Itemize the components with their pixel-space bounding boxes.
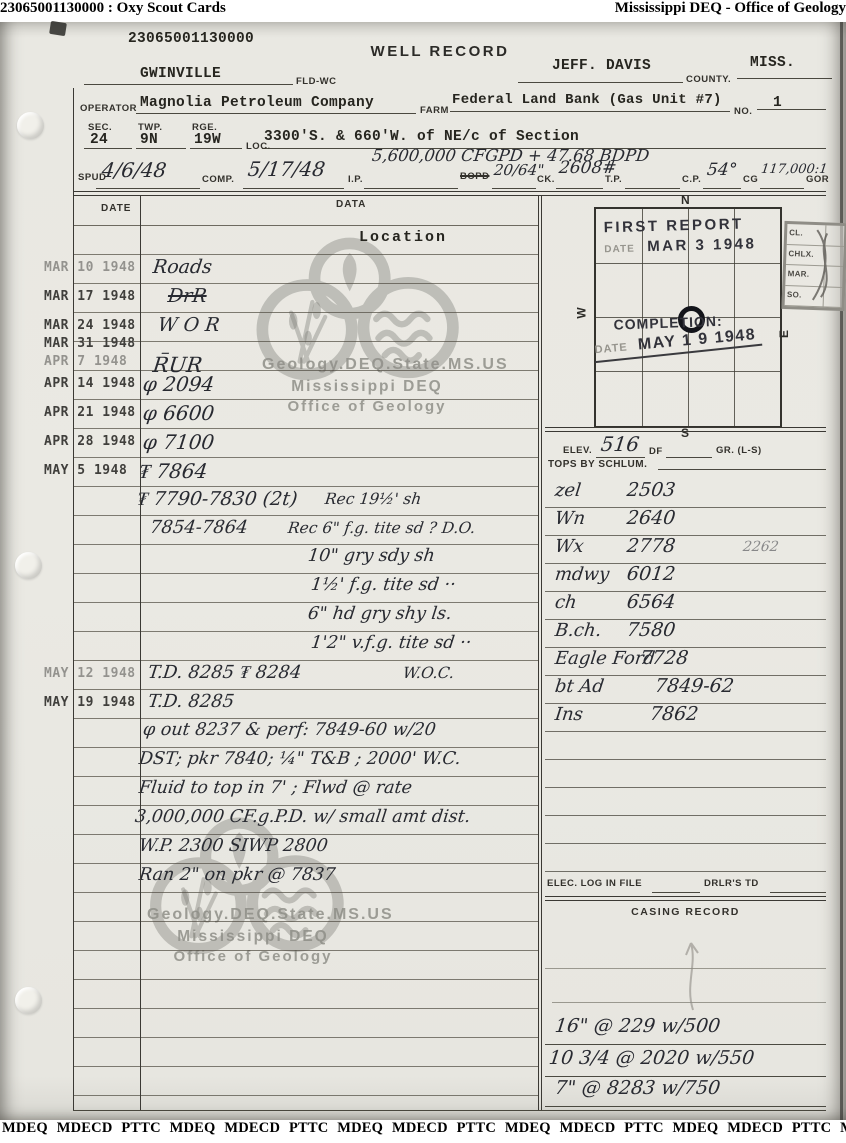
casing-record-title: CASING RECORD — [545, 906, 826, 918]
received-stamp-grid: CL. CHLX. MAR. SO. — [781, 221, 846, 311]
log-section-title: Location — [328, 229, 478, 246]
rule-line — [757, 109, 826, 110]
rule-line — [625, 188, 680, 189]
log-row: Ran 2" on pkr @ 7837 — [73, 863, 538, 893]
formation-name: mdwy — [554, 564, 611, 585]
first-report-date-label: DATE — [604, 243, 635, 255]
date-stamp: APR 28 1948 — [44, 434, 136, 449]
log-entry-text: ₮ 7790-7830 (2t) — [136, 488, 299, 511]
log-entry-text: W O R — [157, 314, 221, 336]
log-row — [73, 950, 538, 980]
punch-hole — [17, 112, 44, 139]
cp-label: C.P. — [682, 174, 701, 185]
rule-line — [136, 113, 416, 114]
tops-row: Wn2640 — [545, 507, 826, 536]
formation-depth: 7580 — [626, 619, 677, 641]
stamp-scribble — [785, 224, 845, 308]
formation-depth: 7849-62 — [654, 675, 736, 697]
comp-date-handwritten: 5/17/48 — [247, 157, 327, 181]
formation-name: Wn — [554, 508, 587, 529]
log-row — [73, 1008, 538, 1038]
compass-west: W — [575, 307, 589, 318]
rule-line — [492, 188, 536, 189]
tops-row: Ins7862 — [545, 703, 826, 732]
formation-depth: 2640 — [626, 507, 677, 529]
elec-log-label: ELEC. LOG IN FILE — [547, 878, 642, 889]
completion-stamp: COMPLETION: DATE MAY 1 9 1948 — [593, 311, 784, 358]
cp-value-handwritten: 54° — [706, 160, 739, 180]
rule-line — [556, 188, 603, 189]
casing-entry: 10 3/4 @ 2020 w/550 — [548, 1047, 756, 1069]
gr-label: GR. (L-S) — [716, 445, 762, 456]
log-row: DST; pkr 7840; ¼" T&B ; 2000' W.C. — [73, 747, 538, 777]
log-row: MAY 19 1948T.D. 8285 — [73, 689, 538, 719]
log-entry-text: 7854-7864 — [149, 517, 249, 538]
log-entry-text: T.D. 8285 — [147, 691, 236, 712]
formation-name: bt Ad — [554, 676, 606, 697]
date-stamp: MAR 17 1948 — [44, 289, 136, 304]
log-entry-text: T.D. 8285 ₮ 8284 — [147, 662, 303, 683]
elev-value-handwritten: 516 — [600, 432, 641, 456]
formation-name: zel — [554, 480, 582, 501]
log-row — [73, 1066, 538, 1096]
date-stamp: MAR 24 1948 — [44, 318, 136, 333]
log-row: 6" hd gry shy ls. — [73, 602, 538, 632]
completion-date-label: DATE — [594, 341, 628, 356]
log-row — [73, 892, 538, 922]
log-row: Fluid to top in 7' ; Flwd @ rate — [73, 776, 538, 806]
date-stamp: MAY 5 1948 — [44, 463, 127, 478]
casing-row: 7" @ 8283 w/750 — [545, 1076, 826, 1107]
casing-row: 16" @ 229 w/500 — [545, 1014, 826, 1045]
formation-depth: 6012 — [626, 563, 677, 585]
punch-hole — [15, 987, 42, 1014]
card-left-border — [73, 88, 74, 1110]
rge-value: 19W — [194, 132, 221, 148]
plat-grid-line — [596, 371, 780, 372]
twp-value: 9N — [140, 132, 158, 148]
log-row: MAR 24 1948W O R — [73, 312, 538, 342]
rule-line — [760, 188, 804, 189]
log-row: 1½' f.g. tite sd ·· — [73, 573, 538, 603]
rule-line — [596, 457, 645, 458]
date-stamp: APR 14 1948 — [44, 376, 136, 391]
log-entry-text: W.P. 2300 SIWP 2800 — [138, 836, 329, 856]
tops-row: bt Ad7849-62 — [545, 675, 826, 704]
well-no-label: NO. — [734, 106, 752, 117]
log-entry-note: Rec 6" f.g. tite sd ? D.O. — [287, 519, 477, 537]
date-stamp: MAY 19 1948 — [44, 695, 136, 710]
footer-watermark-text: MDEQ MDECD PTTC MDEQ MDECD PTTC MDEQ MDE… — [2, 1120, 846, 1137]
date-stamp: MAR 10 1948 — [44, 260, 136, 275]
log-entry-text: ₮ 7864 — [137, 459, 208, 484]
formation-depth: 7862 — [649, 703, 700, 725]
rule-line — [450, 111, 730, 112]
formation-name: Wx — [554, 536, 585, 557]
rule-line — [190, 148, 242, 149]
formation-note: 2262 — [742, 539, 780, 555]
county-label: COUNTY. — [686, 74, 731, 85]
operator-label: OPERATOR — [80, 103, 137, 114]
spud-date-handwritten: 4/6/48 — [101, 158, 168, 182]
date-stamp: APR 21 1948 — [44, 405, 136, 420]
log-row — [73, 921, 538, 951]
plat-grid-line — [596, 263, 780, 264]
rule-line — [652, 892, 700, 893]
loc-value: 3300'S. & 660'W. of NE/c of Section — [264, 129, 579, 145]
scan-corner-artifact — [49, 21, 67, 36]
tops-row — [545, 759, 826, 788]
cg-label: CG — [743, 174, 758, 185]
log-row: 1'2" v.f.g. tite sd ·· — [73, 631, 538, 661]
log-entry-text: Fluid to top in 7' ; Flwd @ rate — [138, 778, 413, 798]
date-column-divider — [140, 196, 141, 1110]
log-row — [73, 979, 538, 1009]
log-entry-text: Roads — [152, 256, 214, 278]
log-row: MAR 31 1948APR 7 1948–RUR — [73, 341, 538, 371]
log-row: W.P. 2300 SIWP 2800 — [73, 834, 538, 864]
panel-divider — [541, 196, 542, 1110]
tops-row: ch6564 — [545, 591, 826, 620]
rule-line — [770, 892, 826, 893]
card-bottom-border — [73, 1110, 826, 1111]
state-value: MISS. — [750, 55, 795, 71]
rule-line — [136, 148, 186, 149]
drlrs-td-label: DRLR'S TD — [704, 878, 759, 889]
formation-depth: 2503 — [626, 479, 677, 501]
rule-line — [243, 188, 344, 189]
formation-depth: 2778 — [626, 535, 677, 557]
comp-label: COMP. — [202, 174, 234, 185]
first-report-title: FIRST REPORT — [604, 215, 779, 237]
log-entry-note: Rec 19½' sh — [324, 490, 423, 508]
rule-line — [658, 469, 826, 470]
data-column-header: DATA — [336, 199, 366, 210]
date-stamp: APR 7 1948 — [44, 354, 127, 369]
casing-entry: 7" @ 8283 w/750 — [554, 1077, 722, 1099]
casing-row: 10 3/4 @ 2020 w/550 — [545, 1046, 826, 1077]
log-row: APR 28 1948φ 7100 — [73, 428, 538, 458]
formation-depth: 7728 — [639, 647, 690, 669]
sec-value: 24 — [90, 132, 108, 148]
county-value: JEFF. DAVIS — [552, 58, 651, 74]
tops-row: mdwy6012 — [545, 563, 826, 592]
log-entry-text: 3,000,000 CF.g.P.D. w/ small amt dist. — [134, 807, 472, 827]
rule-line — [666, 457, 712, 458]
log-row: 7854-7864Rec 6" f.g. tite sd ? D.O. — [73, 515, 538, 545]
tops-row — [545, 731, 826, 760]
rule-line — [96, 188, 200, 189]
log-row: φ out 8237 & perf: 7849-60 w/20 — [73, 718, 538, 748]
double-rule — [545, 427, 826, 432]
log-row: MAR 10 1948Roads — [73, 254, 538, 284]
log-row: APR 21 1948φ 6600 — [73, 399, 538, 429]
field-name-value: GWINVILLE — [140, 66, 221, 82]
first-report-stamp: FIRST REPORT DATE MAR 3 1948 — [604, 215, 780, 258]
rule-line — [703, 188, 741, 189]
scanned-well-record-page: 23065001130000 : Oxy Scout Cards Mississ… — [0, 0, 846, 1143]
tp-label: T.P. — [605, 174, 622, 185]
tops-row — [545, 787, 826, 816]
formation-name: B.ch. — [554, 620, 603, 641]
form-title: WELL RECORD — [340, 43, 540, 60]
log-row: MAR 17 1948DrR — [73, 283, 538, 313]
formation-depth: 6564 — [626, 591, 677, 613]
tops-row: Eagle Ford7728 — [545, 647, 826, 676]
double-rule — [73, 191, 826, 196]
log-entry-text: DST; pkr 7840; ¼" T&B ; 2000' W.C. — [138, 749, 462, 769]
gor-label: GOR — [806, 174, 829, 185]
farm-value: Federal Land Bank (Gas Unit #7) — [452, 92, 722, 108]
panel-divider — [538, 196, 539, 1110]
rule-line — [737, 78, 832, 79]
log-entry-text: φ out 8237 & perf: 7849-60 w/20 — [142, 720, 437, 740]
agency-header: Mississippi DEQ - Office of Geology — [615, 0, 846, 17]
rule-line — [84, 84, 293, 85]
log-row: MAY 5 1948₮ 7864 — [73, 457, 538, 487]
farm-label: FARM — [420, 105, 449, 116]
pencil-mark — [655, 935, 715, 1015]
tops-row: B.ch.7580 — [545, 619, 826, 648]
document-id-header: 23065001130000 : Oxy Scout Cards — [0, 0, 226, 17]
tops-row — [545, 815, 826, 844]
log-entry-text: DrR — [167, 285, 208, 307]
first-report-date: MAR 3 1948 — [647, 235, 757, 255]
elev-label: ELEV. — [563, 445, 592, 456]
log-entry-note: W.O.C. — [402, 664, 455, 682]
log-row: MAY 12 1948T.D. 8285 ₮ 8284W.O.C. — [73, 660, 538, 690]
rule-line — [364, 188, 458, 189]
log-entry-text: 1½' f.g. tite sd ·· — [310, 575, 457, 595]
choke-label: CK. — [537, 174, 555, 185]
log-row: 3,000,000 CF.g.P.D. w/ small amt dist. — [73, 805, 538, 835]
rule-line — [84, 148, 132, 149]
log-entry-text: 1'2" v.f.g. tite sd ·· — [310, 633, 473, 653]
tops-row: Wx27782262 — [545, 535, 826, 564]
log-entry-text: φ 2094 — [142, 372, 216, 396]
bopd-label-struck: BOPD — [460, 171, 489, 182]
log-header-band: DATE DATA — [73, 196, 538, 226]
log-row: ₮ 7790-7830 (2t)Rec 19½' sh — [73, 486, 538, 516]
tops-row — [545, 843, 826, 872]
formation-name: Ins — [554, 704, 585, 725]
operator-value: Magnolia Petroleum Company — [140, 95, 374, 111]
log-entry-text: 10" gry sdy sh — [307, 546, 436, 566]
double-rule — [545, 896, 826, 901]
viewer-header-bar: 23065001130000 : Oxy Scout Cards Mississ… — [0, 0, 846, 22]
field-label: FLD-WC — [296, 76, 336, 87]
df-label: DF — [649, 446, 663, 457]
rule-line — [518, 82, 683, 83]
log-entry-text: 6" hd gry shy ls. — [307, 604, 453, 624]
tops-title: TOPS BY SCHLUM. — [548, 459, 647, 470]
casing-entry: 16" @ 229 w/500 — [554, 1015, 722, 1037]
log-row: APR 14 1948φ 2094 — [73, 370, 538, 400]
ip-label: I.P. — [348, 174, 363, 185]
date-stamp: MAY 12 1948 — [44, 666, 136, 681]
log-section-band: Location — [73, 225, 538, 255]
log-entry-text: Ran 2" on pkr @ 7837 — [138, 865, 337, 885]
date-column-header: DATE — [101, 203, 131, 214]
compass-north: N — [681, 193, 690, 207]
log-entry-text: φ 7100 — [142, 430, 216, 454]
api-number: 23065001130000 — [128, 31, 254, 47]
date-stamp: MAR 31 1948 — [44, 336, 136, 351]
log-entry-text: φ 6600 — [142, 401, 216, 425]
scan-right-edge — [840, 22, 843, 1120]
log-row: 10" gry sdy sh — [73, 544, 538, 574]
punch-hole — [15, 552, 42, 579]
footer-strip: MDEQ MDECD PTTC MDEQ MDECD PTTC MDEQ MDE… — [0, 1120, 846, 1143]
log-row — [73, 1037, 538, 1067]
tops-row: zel2503 — [545, 479, 826, 508]
formation-name: ch — [554, 592, 578, 613]
